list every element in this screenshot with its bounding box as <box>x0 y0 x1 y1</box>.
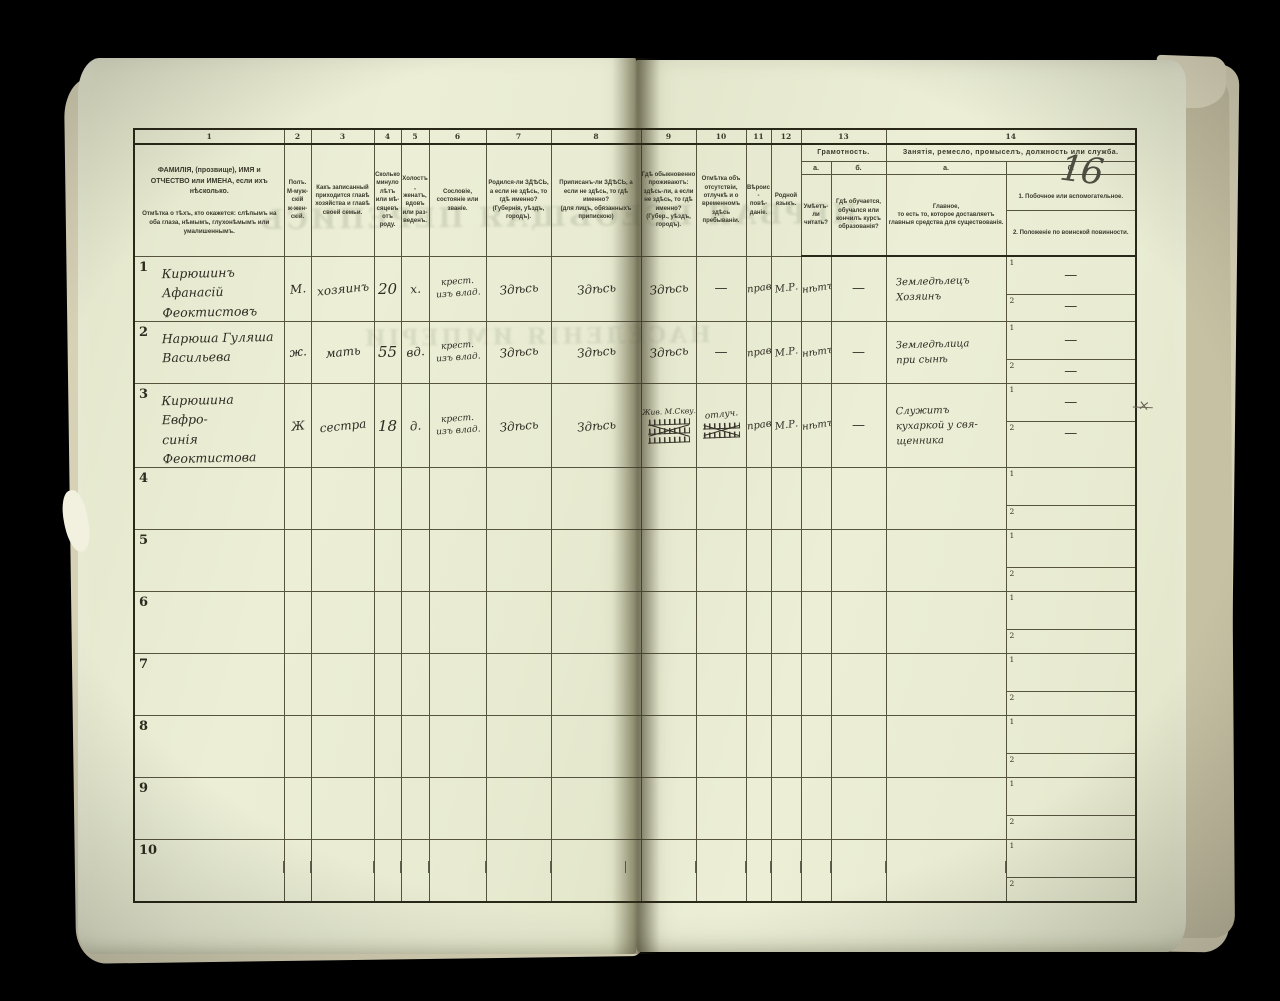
religion-value <box>747 497 771 500</box>
cell-literate <box>801 592 831 654</box>
side-occupation-subcell: 1 <box>1007 468 1136 506</box>
subrow-number: 1 <box>1010 323 1015 332</box>
name-value <box>162 659 281 662</box>
cell-occupation-side: 1 2 <box>1006 468 1136 530</box>
side-occupation-subcell: 1 — <box>1007 322 1136 360</box>
person-row: 7 1 2 <box>134 654 1136 716</box>
cell-occupation-side: 1 2 <box>1006 530 1136 592</box>
cell-occupation-main <box>886 592 1006 654</box>
cell-residence <box>641 778 696 840</box>
col-number-8: 8 <box>551 129 641 144</box>
relation-value <box>312 868 374 874</box>
literate-value <box>802 807 831 811</box>
census-table: 1 2 3 4 5 6 7 8 9 10 11 12 13 14 ФАМИЛІЯ… <box>133 128 1137 903</box>
occupation-value: Земледѣлецъ Хозяинъ <box>886 272 1006 305</box>
occupation-value <box>887 745 1006 748</box>
side-occupation-value <box>1007 778 1136 815</box>
side-occupation-value <box>1007 592 1136 629</box>
cell-name: 4 <box>134 468 284 530</box>
cell-registration <box>551 840 641 903</box>
cell-education <box>831 840 886 903</box>
estate-value <box>430 683 486 687</box>
registration-value <box>552 743 641 751</box>
sex-value: Ж <box>284 417 311 434</box>
cell-occupation-main: Земледѣлецъ Хозяинъ <box>886 256 1006 321</box>
cell-education <box>831 530 886 592</box>
cell-name: 2 Нарюша Гуляша Васильева <box>134 321 284 383</box>
relation-value <box>312 496 374 502</box>
name-value <box>162 535 281 538</box>
estate-value: крест. изъ влад. <box>429 275 486 302</box>
cell-absence: отлуч. <box>696 383 746 468</box>
cell-estate <box>429 530 486 592</box>
language-value <box>772 497 801 501</box>
header-literacy-b-letter: б. <box>831 162 886 175</box>
person-row: 9 1 2 <box>134 778 1136 840</box>
cell-occupation-main: Служитъ кухаркой у свя- щенника <box>886 383 1006 468</box>
relation-value <box>312 682 374 688</box>
sex-value <box>285 807 311 810</box>
side-occupation-subcell: 2 <box>1007 816 1136 839</box>
estate-value: крест. изъ влад. <box>429 339 486 366</box>
marital-value <box>402 807 429 810</box>
cell-birthplace: Здѣсь <box>486 321 551 383</box>
cell-occupation-side: 1 2 <box>1006 592 1136 654</box>
cell-sex: ж. <box>284 321 311 383</box>
birthplace-value <box>487 682 551 688</box>
cell-sex <box>284 716 311 778</box>
cell-birthplace <box>486 654 551 716</box>
cell-sex <box>284 840 311 903</box>
cell-relation: хозяинъ <box>311 256 374 321</box>
side-occupation-value: — <box>1007 422 1136 445</box>
header-age: Сколько минуло лѣтъ или мѣ- сяцевъ отъ р… <box>374 144 401 256</box>
cell-residence <box>641 592 696 654</box>
person-row: 6 1 2 <box>134 592 1136 654</box>
header-absence: Отмѣтка объ отсутствіи, отлучкѣ и о врем… <box>696 144 746 256</box>
religion-value: прав. <box>746 418 771 432</box>
header-main-occupation: Главное, то есть то, которое доставляетъ… <box>886 175 1006 257</box>
subrow-number: 2 <box>1010 817 1015 826</box>
cell-occupation-main <box>886 778 1006 840</box>
side-occupation-value: — <box>1007 384 1136 421</box>
relation-value: мать <box>311 342 374 362</box>
name-value: Кирюшинъ Афанасій Феоктистовъ <box>161 261 282 321</box>
subrow-number: 2 <box>1010 879 1015 888</box>
cell-registration: Здѣсь <box>551 321 641 383</box>
cell-literate <box>801 654 831 716</box>
cell-religion <box>746 592 771 654</box>
birthplace-value <box>487 868 551 874</box>
sex-value: ж. <box>284 344 311 361</box>
religion-value <box>747 621 771 624</box>
cell-occupation-side: 1 — 2 — <box>1006 383 1136 468</box>
header-education: Гдѣ обучается, обучался или кончилъ курс… <box>831 175 886 257</box>
cell-language: М.Р. <box>771 321 801 383</box>
cell-birthplace: Здѣсь <box>486 383 551 468</box>
side-occupation-value: — <box>1007 257 1136 294</box>
sex-value <box>285 683 311 686</box>
estate-value: крест. изъ влад. <box>429 412 486 439</box>
side-occupation-subcell: 1 <box>1007 840 1136 878</box>
cell-education <box>831 654 886 716</box>
side-occupation-subcell: 1 <box>1007 716 1136 754</box>
col-number-3: 3 <box>311 129 374 144</box>
person-row: 5 1 2 <box>134 530 1136 592</box>
marital-value <box>402 745 429 748</box>
side-occupation-value <box>1007 654 1136 691</box>
birthplace-value <box>487 496 551 502</box>
side-occupation-subcell: 1 <box>1007 530 1136 568</box>
side-occupation-value <box>1007 878 1136 901</box>
relation-value <box>312 744 374 750</box>
cell-registration <box>551 530 641 592</box>
sex-value <box>285 559 311 562</box>
cell-age: 55 <box>374 321 401 383</box>
side-occupation-subcell: 1 — <box>1007 384 1136 422</box>
residence-value <box>642 558 696 563</box>
crossed-out-scribble <box>647 419 691 443</box>
row-number: 10 <box>139 843 157 858</box>
row-number: 7 <box>139 657 148 672</box>
header-religion: Вѣроис- повѣ- даніе. <box>746 144 771 256</box>
registration-value: Здѣсь <box>551 415 641 437</box>
cell-registration <box>551 468 641 530</box>
cell-sex <box>284 530 311 592</box>
marital-value: д. <box>401 417 429 434</box>
name-value <box>162 845 281 848</box>
cell-occupation-main <box>886 530 1006 592</box>
cell-residence: Здѣсь <box>641 256 696 321</box>
header-language: Родной языкъ. <box>771 144 801 256</box>
subrow-number: 1 <box>1010 593 1015 602</box>
cell-literate <box>801 840 831 903</box>
religion-value <box>747 869 771 872</box>
cell-occupation-main <box>886 468 1006 530</box>
header-literacy-a-letter: а. <box>801 162 831 175</box>
cell-language <box>771 654 801 716</box>
cell-relation <box>311 530 374 592</box>
col-number-5: 5 <box>401 129 429 144</box>
cell-marital: х. <box>401 256 429 321</box>
estate-value <box>430 869 486 873</box>
side-occupation-subcell: 2 <box>1007 506 1136 529</box>
header-name-note: Отмѣтка о тѣхъ, кто окажется: слѣпымъ на… <box>140 210 279 236</box>
side-occupation-subcell: 2 <box>1007 630 1136 653</box>
cell-relation: сестра <box>311 383 374 468</box>
cell-relation: мать <box>311 321 374 383</box>
literate-value: нѣтъ <box>801 282 831 297</box>
cell-education: — <box>831 256 886 321</box>
cell-literate: нѣтъ <box>801 383 831 468</box>
header-can-read: Умѣетъ- ли читать? <box>801 175 831 257</box>
registration-value <box>552 619 641 627</box>
education-value: — <box>832 281 886 296</box>
cell-religion: прав. <box>746 383 771 468</box>
cell-estate <box>429 468 486 530</box>
cell-registration <box>551 592 641 654</box>
cell-registration: Здѣсь <box>551 383 641 468</box>
col-number-2: 2 <box>284 129 311 144</box>
absence-value: — <box>697 345 746 360</box>
cell-occupation-main <box>886 716 1006 778</box>
side-occupation-subcell: 2 — <box>1007 360 1136 383</box>
handwritten-page-number: 16 <box>1058 148 1104 194</box>
name-value <box>162 783 281 786</box>
subrow-number: 2 <box>1010 361 1015 370</box>
row-number: 8 <box>139 719 148 734</box>
side-occupation-value <box>1007 630 1136 653</box>
language-value <box>772 621 801 625</box>
side-occupation-value <box>1007 840 1136 877</box>
literate-value <box>802 497 831 501</box>
cell-relation <box>311 716 374 778</box>
side-occupation-value <box>1007 754 1136 777</box>
estate-value <box>430 559 486 563</box>
cell-age <box>374 530 401 592</box>
col-number-9: 9 <box>641 129 696 144</box>
person-row: 2 Нарюша Гуляша Васильева ж. мать 55 вд.… <box>134 321 1136 383</box>
occupation-value <box>887 497 1006 500</box>
religion-value <box>747 807 771 810</box>
subrow-number: 1 <box>1010 779 1015 788</box>
residence-value: Здѣсь <box>641 279 696 298</box>
cell-language <box>771 778 801 840</box>
birthplace-value: Здѣсь <box>486 279 551 299</box>
religion-value <box>747 683 771 686</box>
registration-value <box>552 557 641 565</box>
registration-value <box>552 495 641 503</box>
cell-age <box>374 778 401 840</box>
marital-value <box>402 869 429 872</box>
cell-residence <box>641 654 696 716</box>
registration-value: Здѣсь <box>551 278 641 300</box>
header-name-main: ФАМИЛІЯ, (прозвище), ИМЯ и ОТЧЕСТВО или … <box>139 166 280 196</box>
col-number-14: 14 <box>886 129 1136 144</box>
header-side-occupation-2: 2. Положеніе по воинской повинности. <box>1007 220 1136 247</box>
cell-residence: Здѣсь <box>641 321 696 383</box>
subrow-number: 2 <box>1010 569 1015 578</box>
cell-language <box>771 716 801 778</box>
name-value: Кирюшина Евфро- синія Феоктистова <box>161 389 282 468</box>
cell-absence <box>696 778 746 840</box>
residence-annotation: Жив. М.Скву. <box>641 406 695 417</box>
cell-language <box>771 530 801 592</box>
person-row: 4 1 2 <box>134 468 1136 530</box>
cell-absence <box>696 840 746 903</box>
residence-value <box>642 620 696 625</box>
cell-absence: — <box>696 256 746 321</box>
literate-value <box>802 621 831 625</box>
subrow-number: 2 <box>1010 507 1015 516</box>
side-occupation-subcell: 1 <box>1007 778 1136 816</box>
side-occupation-value <box>1007 568 1136 591</box>
cell-occupation-side: 1 2 <box>1006 716 1136 778</box>
person-row: 1 Кирюшинъ Афанасій Феоктистовъ М. хозяи… <box>134 256 1136 321</box>
subrow-number: 1 <box>1010 531 1015 540</box>
cell-education: — <box>831 383 886 468</box>
sex-value <box>285 869 311 872</box>
marital-value: вд. <box>401 344 429 361</box>
cell-relation <box>311 592 374 654</box>
cell-literate <box>801 530 831 592</box>
subrow-number: 2 <box>1010 693 1015 702</box>
header-row: ФАМИЛІЯ, (прозвище), ИМЯ и ОТЧЕСТВО или … <box>134 144 1136 162</box>
religion-value <box>747 559 771 562</box>
cell-registration <box>551 716 641 778</box>
cell-residence <box>641 716 696 778</box>
row-number: 9 <box>139 781 148 796</box>
cell-sex <box>284 778 311 840</box>
age-value: 55 <box>375 343 401 361</box>
cell-religion <box>746 778 771 840</box>
residence-value <box>642 682 696 687</box>
side-occupation-subcell: 2 — <box>1007 295 1136 318</box>
cell-birthplace <box>486 840 551 903</box>
header-name: ФАМИЛІЯ, (прозвище), ИМЯ и ОТЧЕСТВО или … <box>134 144 284 256</box>
cell-age <box>374 840 401 903</box>
col-number-7: 7 <box>486 129 551 144</box>
cell-registration <box>551 778 641 840</box>
cell-registration <box>551 654 641 716</box>
cell-education <box>831 778 886 840</box>
age-value: 18 <box>375 417 401 435</box>
birthplace-value: Здѣсь <box>486 416 551 436</box>
name-value <box>162 597 281 600</box>
cell-literate <box>801 468 831 530</box>
cell-language <box>771 468 801 530</box>
relation-value: сестра <box>311 415 374 435</box>
cell-absence <box>696 592 746 654</box>
sex-value <box>285 497 311 500</box>
registration-value: Здѣсь <box>551 341 641 363</box>
cell-religion: прав. <box>746 321 771 383</box>
birthplace-value <box>487 744 551 750</box>
education-value: — <box>832 418 886 433</box>
estate-value <box>430 497 486 501</box>
cell-estate <box>429 592 486 654</box>
cell-language <box>771 592 801 654</box>
language-value: М.Р. <box>771 345 801 360</box>
absence-value: отлуч. <box>696 408 746 423</box>
col-number-12: 12 <box>771 129 801 144</box>
cell-name: 3 Кирюшина Евфро- синія Феоктистова <box>134 383 284 468</box>
cell-language: М.Р. <box>771 383 801 468</box>
cell-occupation-side: 1 — 2 — <box>1006 321 1136 383</box>
cell-occupation-main <box>886 840 1006 903</box>
occupation-value: Служитъ кухаркой у свя- щенника <box>886 401 1006 449</box>
name-value: Нарюша Гуляша Васильева <box>162 327 282 368</box>
cell-occupation-main <box>886 654 1006 716</box>
cell-name: 7 <box>134 654 284 716</box>
cell-sex: Ж <box>284 383 311 468</box>
cell-religion <box>746 716 771 778</box>
cell-marital <box>401 840 429 903</box>
cell-relation <box>311 840 374 903</box>
side-occupation-value <box>1007 816 1136 839</box>
cell-language <box>771 840 801 903</box>
subrow-number: 2 <box>1010 296 1015 305</box>
subrow-number: 1 <box>1010 655 1015 664</box>
estate-value <box>430 621 486 625</box>
cell-education <box>831 592 886 654</box>
col-number-4: 4 <box>374 129 401 144</box>
language-value: М.Р. <box>771 418 801 433</box>
subrow-number: 2 <box>1010 631 1015 640</box>
cell-marital: вд. <box>401 321 429 383</box>
relation-value: хозяинъ <box>311 279 374 299</box>
cell-relation <box>311 778 374 840</box>
cell-marital <box>401 468 429 530</box>
cell-estate <box>429 840 486 903</box>
side-occupation-value <box>1007 692 1136 715</box>
cell-estate <box>429 654 486 716</box>
residence-value: Здѣсь <box>641 343 696 362</box>
subrow-number: 2 <box>1010 423 1015 432</box>
cell-occupation-main: Земледѣлица при сынѣ <box>886 321 1006 383</box>
occupation-value <box>887 807 1006 810</box>
cell-marital <box>401 530 429 592</box>
header-literacy-group: Грамотность. <box>801 144 886 162</box>
cell-absence <box>696 654 746 716</box>
language-value: М.Р. <box>771 281 801 296</box>
marital-value: х. <box>401 280 429 297</box>
cell-name: 6 <box>134 592 284 654</box>
cell-absence: — <box>696 321 746 383</box>
subrow-number: 1 <box>1010 385 1015 394</box>
header-marital: Холостъ, женатъ, вдовъ или раз- веденъ. <box>401 144 429 256</box>
cell-occupation-side: 1 2 <box>1006 778 1136 840</box>
person-row: 8 1 2 <box>134 716 1136 778</box>
cell-language: М.Р. <box>771 256 801 321</box>
header-estate: Сословіе, состояніе или званіе. <box>429 144 486 256</box>
language-value <box>772 869 801 873</box>
cell-absence <box>696 468 746 530</box>
marital-value <box>402 497 429 500</box>
pencil-margin-mark: × <box>1137 397 1151 414</box>
cell-birthplace: Здѣсь <box>486 256 551 321</box>
cell-literate <box>801 778 831 840</box>
row-number: 2 <box>139 325 148 340</box>
literate-value <box>802 745 831 749</box>
birthplace-value <box>487 806 551 812</box>
side-occupation-subcell: 2 — <box>1007 422 1136 445</box>
header-occupation-a-letter: а. <box>886 162 1006 175</box>
side-occupation-value: — <box>1007 322 1136 359</box>
cell-estate: крест. изъ влад. <box>429 383 486 468</box>
cell-relation <box>311 654 374 716</box>
side-occupation-subcell: 1 <box>1007 654 1136 692</box>
estate-value <box>430 745 486 749</box>
col-number-6: 6 <box>429 129 486 144</box>
header-residence: Гдѣ обыкновенно проживаютъ: здѣсь-ли, а … <box>641 144 696 256</box>
photo-background: ПЕРВАЯ ВСЕОБЩАЯ ПЕРЕПИСЬ НАСЕЛЕНІЯ ИМПЕР… <box>0 0 1280 1001</box>
col-number-13: 13 <box>801 129 886 144</box>
cell-sex <box>284 654 311 716</box>
cell-occupation-side: 1 — 2 — <box>1006 256 1136 321</box>
cell-estate <box>429 716 486 778</box>
side-occupation-value <box>1007 468 1136 505</box>
cell-education: — <box>831 321 886 383</box>
occupation-value <box>887 559 1006 562</box>
cell-marital <box>401 778 429 840</box>
header-birthplace: Родился-ли ЗДѢСЬ, а если не здѣсь, то гд… <box>486 144 551 256</box>
cell-marital <box>401 654 429 716</box>
sex-value <box>285 745 311 748</box>
cell-birthplace <box>486 530 551 592</box>
cell-literate: нѣтъ <box>801 256 831 321</box>
row-number: 5 <box>139 533 148 548</box>
